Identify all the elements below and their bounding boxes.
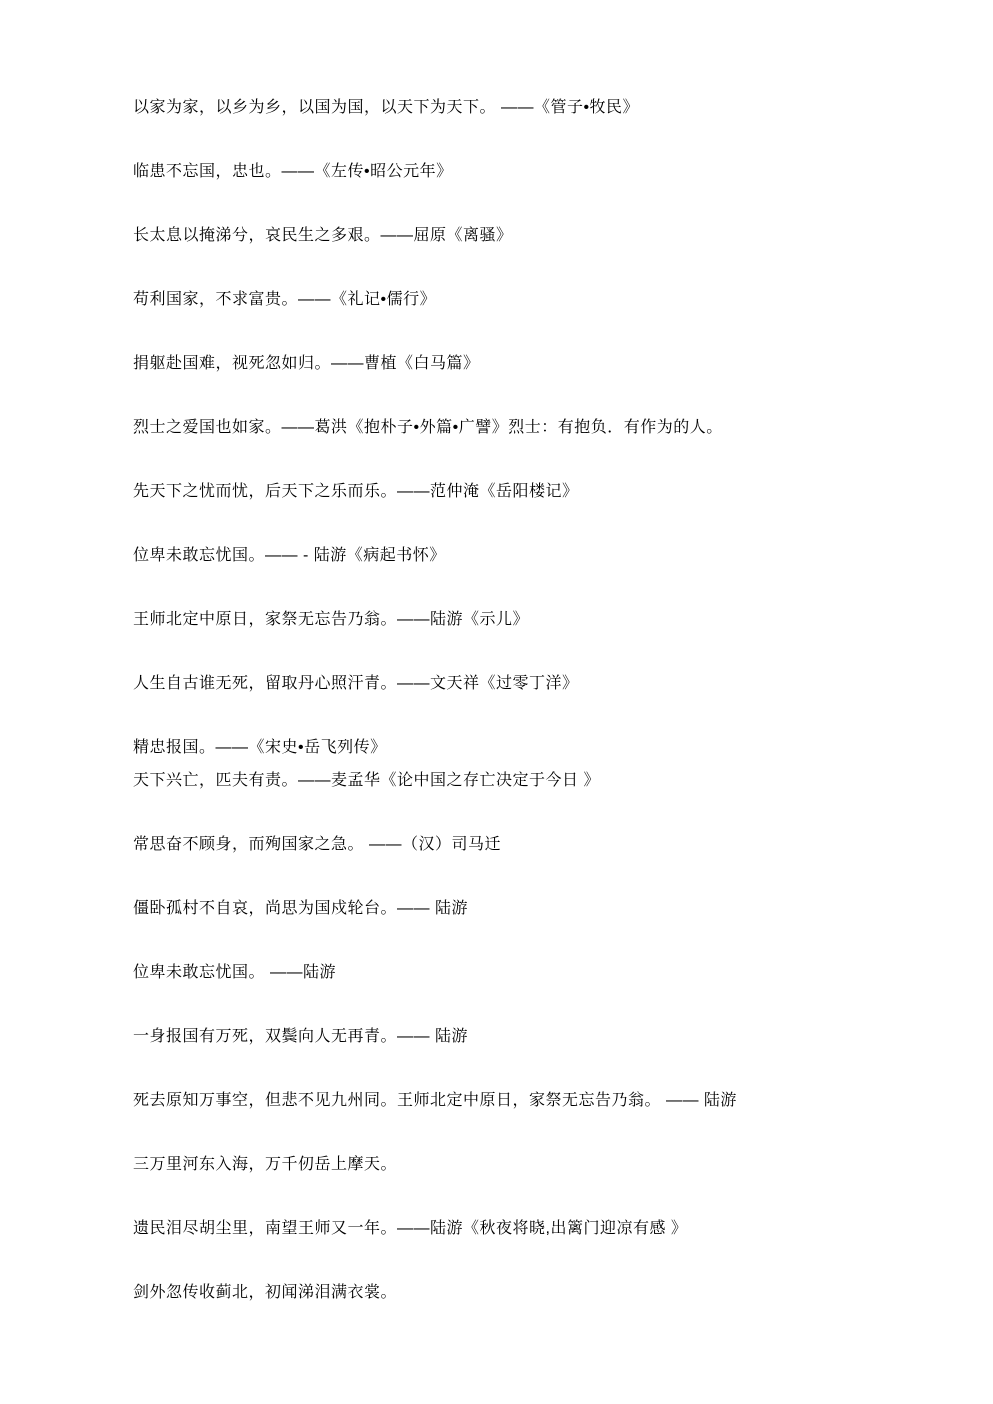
document-page: 以家为家，以乡为乡，以国为国，以天下为天下。 ——《管子•牧民》 临患不忘国，忠… (0, 0, 993, 1404)
quote-line-17: 死去原知万事空，但悲不见九州同。王师北定中原日，家祭无忘告乃翁。 —— 陆游 (133, 1090, 933, 1111)
quote-line-2: 临患不忘国，忠也。——《左传•昭公元年》 (133, 161, 933, 182)
quote-line-8: 位卑未敢忘忧国。—— - 陆游《病起书怀》 (133, 545, 933, 566)
quote-line-9: 王师北定中原日，家祭无忘告乃翁。——陆游《示儿》 (133, 609, 933, 630)
quote-line-1: 以家为家，以乡为乡，以国为国，以天下为天下。 ——《管子•牧民》 (133, 97, 933, 118)
quote-line-3: 长太息以掩涕兮，哀民生之多艰。——屈原《离骚》 (133, 225, 933, 246)
quote-line-11: 精忠报国。——《宋史•岳飞列传》 (133, 737, 933, 758)
quote-line-5: 捐躯赴国难，视死忽如归。——曹植《白马篇》 (133, 353, 933, 374)
quote-line-6: 烈士之爱国也如家。——葛洪《抱朴子•外篇•广譬》烈士：有抱负．有作为的人。 (133, 417, 933, 438)
quote-line-10: 人生自古谁无死，留取丹心照汗青。——文天祥《过零丁洋》 (133, 673, 933, 694)
quote-line-18: 三万里河东入海，万千仞岳上摩天。 (133, 1154, 933, 1175)
quote-line-13: 常思奋不顾身，而殉国家之急。 ——（汉）司马迁 (133, 834, 933, 855)
quote-line-4: 苟利国家，不求富贵。——《礼记•儒行》 (133, 289, 933, 310)
quote-line-19: 遗民泪尽胡尘里，南望王师又一年。——陆游《秋夜将晓,出篱门迎凉有感 》 (133, 1218, 933, 1239)
quote-list: 以家为家，以乡为乡，以国为国，以天下为天下。 ——《管子•牧民》 临患不忘国，忠… (0, 0, 993, 1303)
quote-line-12: 天下兴亡，匹夫有责。——麦孟华《论中国之存亡决定于今日 》 (133, 770, 933, 791)
quote-line-15: 位卑未敢忘忧国。 ——陆游 (133, 962, 933, 983)
quote-line-16: 一身报国有万死，双鬓向人无再青。—— 陆游 (133, 1026, 933, 1047)
quote-line-20: 剑外忽传收蓟北，初闻涕泪满衣裳。 (133, 1282, 933, 1303)
quote-line-7: 先天下之忧而忧，后天下之乐而乐。——范仲淹《岳阳楼记》 (133, 481, 933, 502)
quote-line-14: 僵卧孤村不自哀，尚思为国戍轮台。—— 陆游 (133, 898, 933, 919)
